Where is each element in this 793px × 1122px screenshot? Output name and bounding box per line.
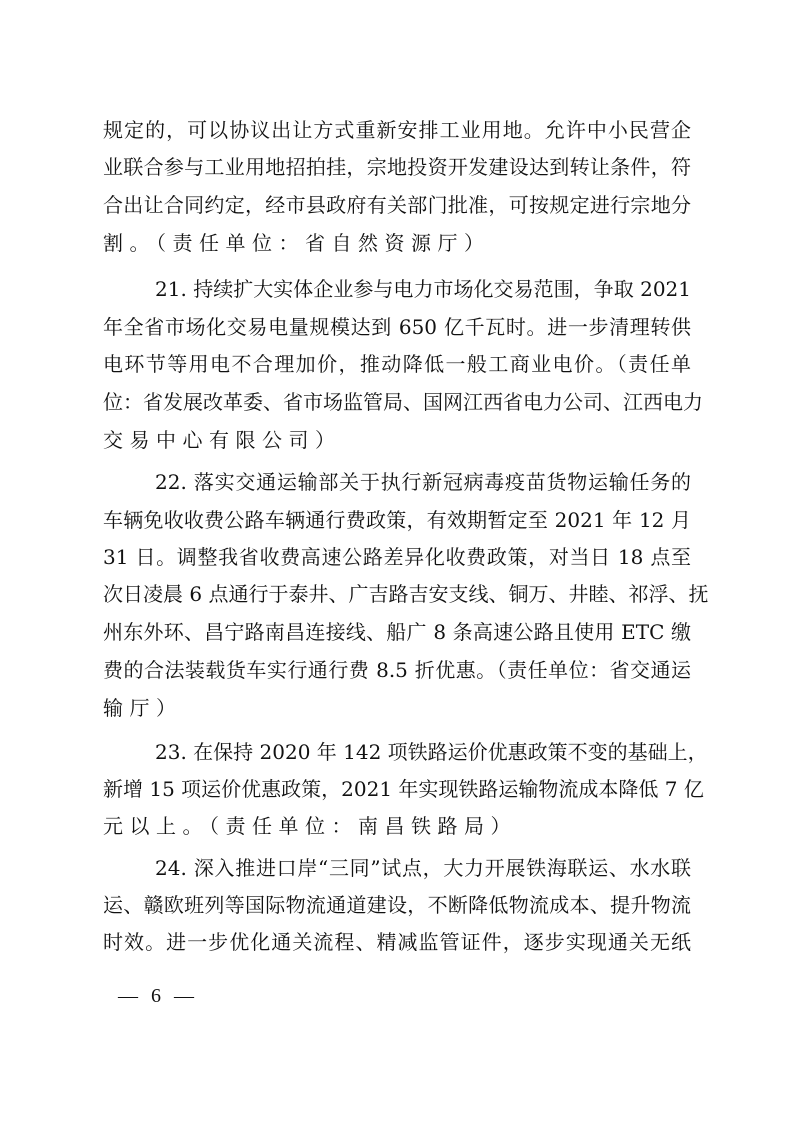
text-line: 规定的，可以协议出让方式重新安排工业用地。允许中小民营企: [103, 115, 691, 145]
text-line: 费的合法装载货车实行通行费 8.5 折优惠。（责任单位：省交通运: [103, 655, 691, 685]
text-line: 业联合参与工业用地招拍挂，宗地投资开发建设达到转让条件，符: [103, 152, 691, 182]
text-line: 位：省发展改革委、省市场监管局、国网江西省电力公司、江西电力: [103, 387, 691, 417]
text-line: 电环节等用电不合理加价，推动降低一般工商业电价。（责任单: [103, 349, 691, 379]
paragraph-23-first-line: 23. 在保持 2020 年 142 项铁路运价优惠政策不变的基础上，: [155, 737, 691, 767]
text-line: 年全省市场化交易电量规模达到 650 亿千瓦时。进一步清理转供: [103, 312, 691, 342]
text-line: 运、赣欧班列等国际物流通道建设，不断降低物流成本、提升物流: [103, 890, 691, 920]
text-line: 交易中心有限公司）: [103, 425, 691, 455]
paragraph-24-first-line: 24. 深入推进口岸“三同”试点，大力开展铁海联运、水水联: [155, 853, 691, 883]
text-line: 州东外环、昌宁路南昌连接线、船广 8 条高速公路且使用 ETC 缴: [103, 617, 691, 647]
text-line: 车辆免收收费公路车辆通行费政策，有效期暂定至 2021 年 12 月: [103, 505, 691, 535]
text-line: 新增 15 项运价优惠政策，2021 年实现铁路运输物流成本降低 7 亿: [103, 774, 691, 804]
paragraph-21-first-line: 21. 持续扩大实体企业参与电力市场化交易范围，争取 2021: [155, 274, 691, 304]
text-line: 割。（责任单位：省自然资源厅）: [103, 228, 691, 258]
text-line: 31 日。调整我省收费高速公路差异化收费政策，对当日 18 点至: [103, 542, 691, 572]
page-number: — 6 —: [118, 982, 194, 1010]
text-line: 时效。进一步优化通关流程、精减监管证件，逐步实现通关无纸: [103, 927, 691, 957]
text-line: 元以上。（责任单位：南昌铁路局）: [103, 811, 691, 841]
document-page: 规定的，可以协议出让方式重新安排工业用地。允许中小民营企 业联合参与工业用地招拍…: [0, 0, 793, 1122]
paragraph-22-first-line: 22. 落实交通运输部关于执行新冠病毒疫苗货物运输任务的: [155, 467, 691, 497]
text-line: 输厅）: [103, 693, 691, 723]
text-line: 合出让合同约定，经市县政府有关部门批准，可按规定进行宗地分: [103, 190, 691, 220]
text-line: 次日凌晨 6 点通行于泰井、广吉路吉安支线、铜万、井睦、祁浮、抚: [103, 579, 691, 609]
